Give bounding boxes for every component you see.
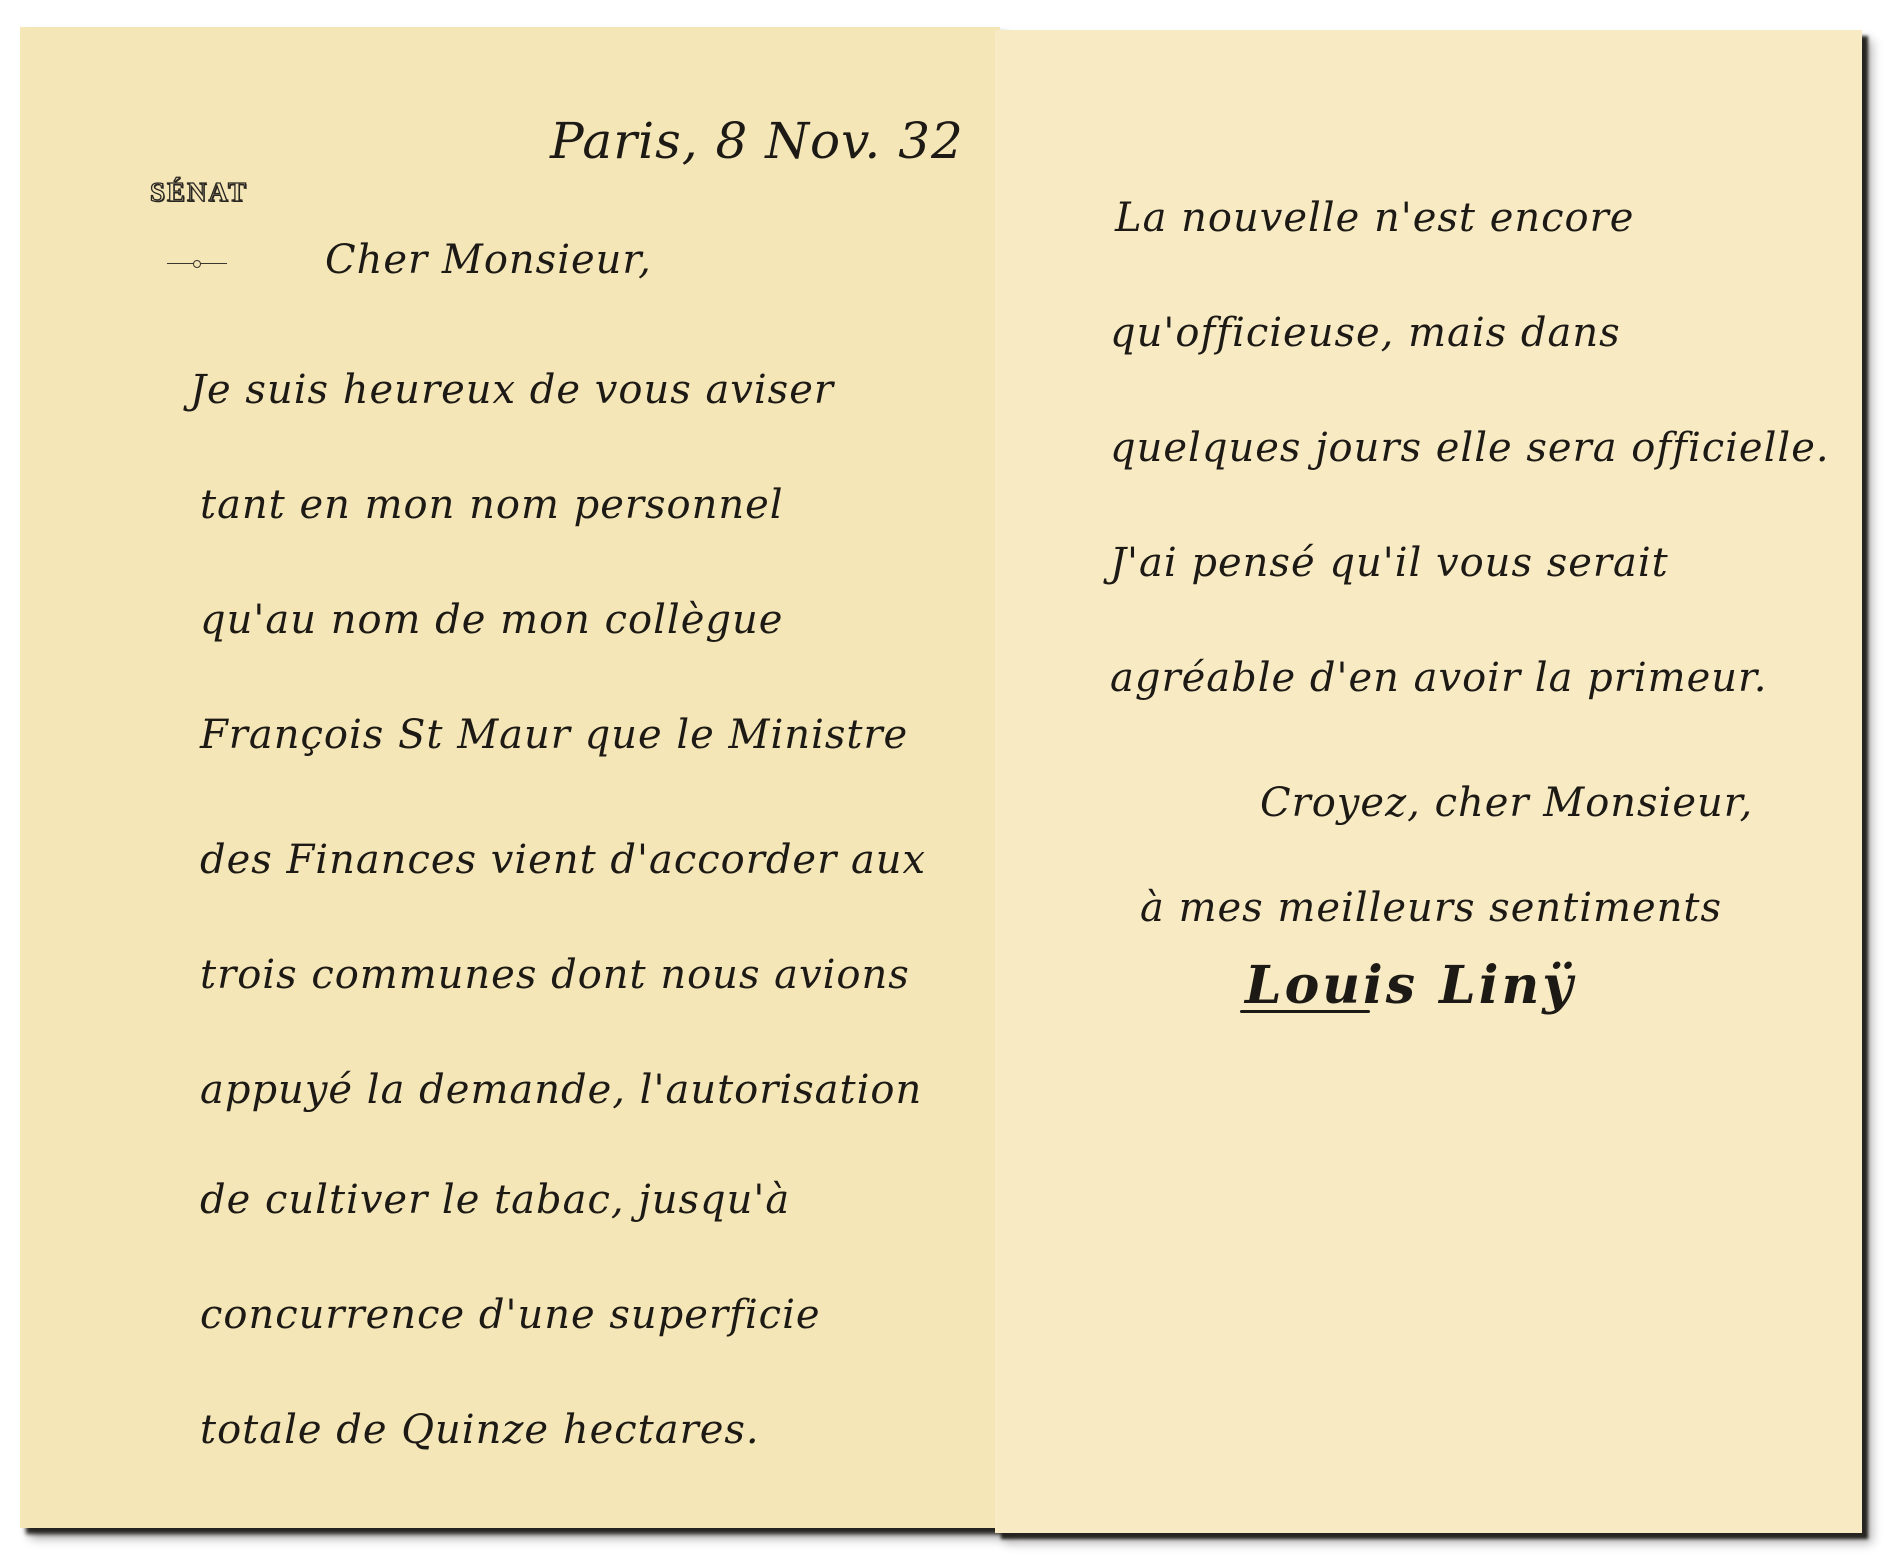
letterhead-ornament-divider (167, 263, 227, 264)
signature: Louis Linÿ (1245, 955, 1576, 1016)
body-line: des Finances vient d'accorder aux (200, 837, 926, 883)
body-line: agréable d'en avoir la primeur. (1110, 655, 1767, 701)
body-line: concurrence d'une superficie (200, 1292, 821, 1338)
salutation: Cher Monsieur, (325, 237, 652, 283)
body-line: appuyé la demande, l'autorisation (200, 1067, 922, 1113)
body-line: trois communes dont nous avions (200, 952, 910, 998)
body-line: La nouvelle n'est encore (1115, 195, 1634, 241)
closing-line: à mes meilleurs sentiments (1140, 885, 1722, 931)
letter-page-left: SÉNAT Paris, 8 Nov. 32 Cher Monsieur, Je… (20, 27, 1000, 1528)
body-line: de cultiver le tabac, jusqu'à (200, 1177, 790, 1223)
body-line: Je suis heureux de vous aviser (190, 367, 834, 413)
closing-line: Croyez, cher Monsieur, (1260, 780, 1753, 826)
body-line: totale de Quinze hectares. (200, 1407, 760, 1453)
body-line: tant en mon nom personnel (200, 482, 784, 528)
signature-underline-flourish (1240, 1010, 1370, 1013)
letter-date: Paris, 8 Nov. 32 (550, 112, 964, 170)
body-line: qu'au nom de mon collègue (200, 597, 783, 643)
body-line: qu'officieuse, mais dans (1110, 310, 1621, 356)
senat-letterhead: SÉNAT (150, 177, 248, 208)
body-line: quelques jours elle sera officielle. (1110, 425, 1830, 471)
body-line: J'ai pensé qu'il vous serait (1110, 540, 1669, 586)
body-line: François St Maur que le Ministre (200, 712, 908, 758)
